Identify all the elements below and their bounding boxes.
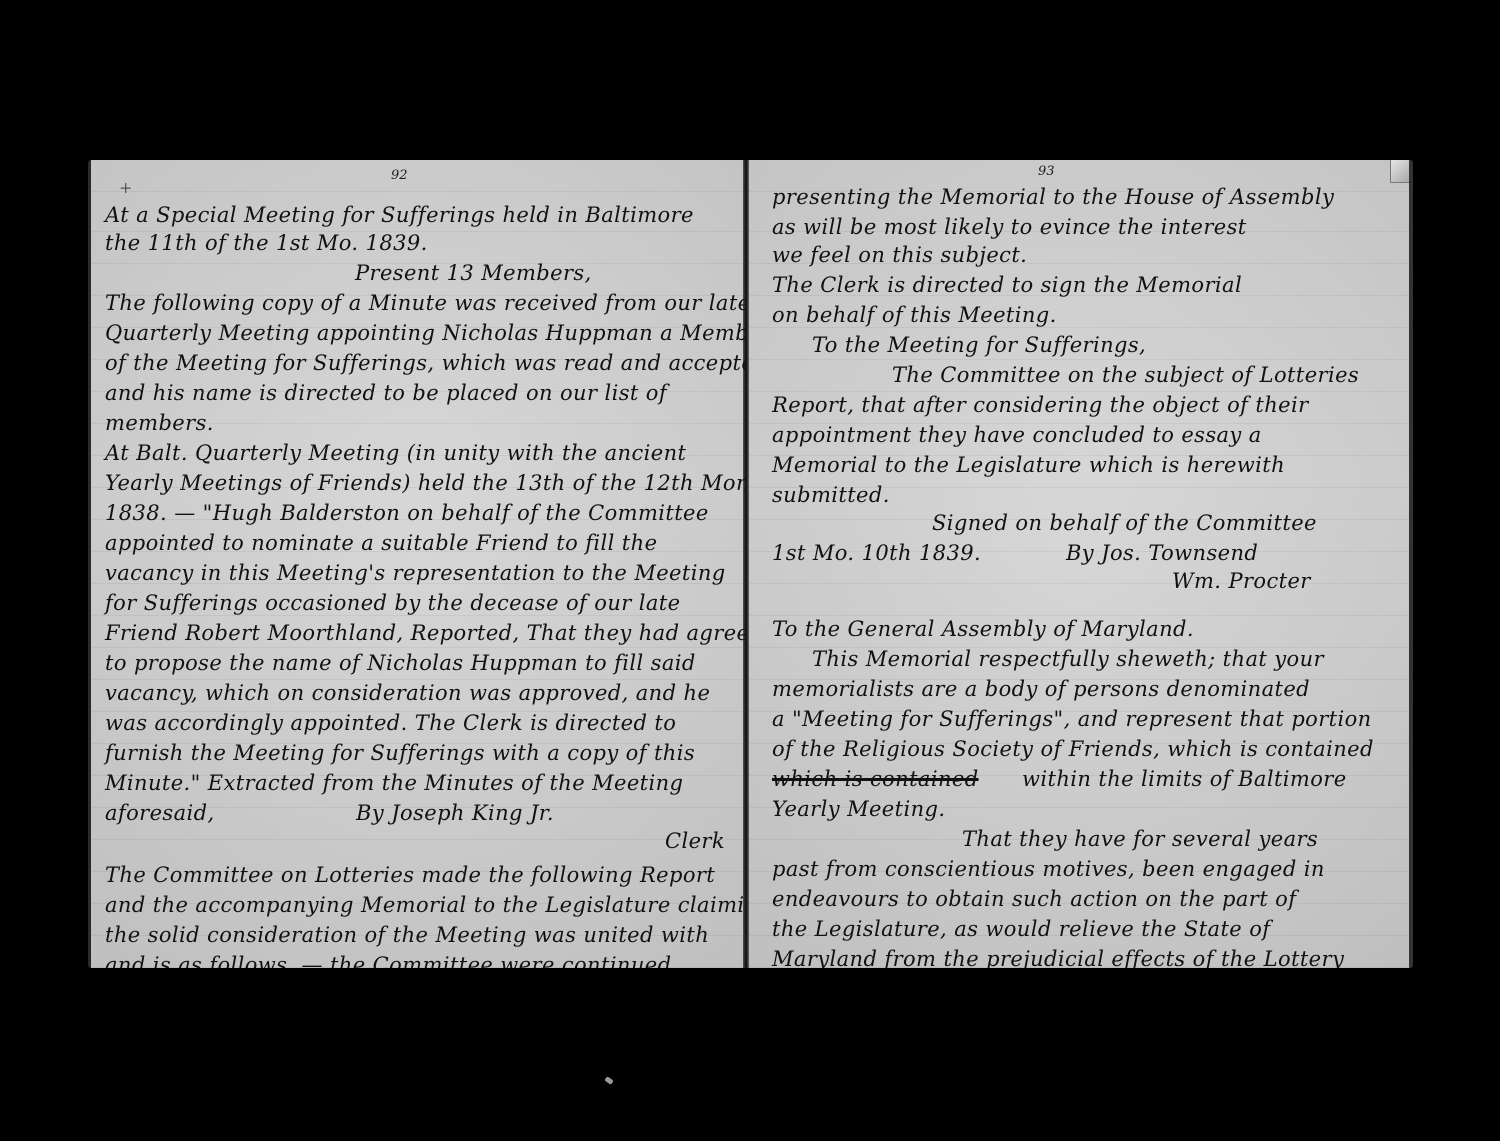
- page-corner-fold: [1390, 160, 1409, 183]
- text-line: for Sufferings occasioned by the decease…: [105, 588, 680, 618]
- right-page-number: 93: [1038, 164, 1055, 179]
- text-line: Quarterly Meeting appointing Nicholas Hu…: [105, 318, 745, 348]
- clerk-signature-line: aforesaid, By Joseph King Jr.: [105, 798, 554, 828]
- text-line: Yearly Meetings of Friends) held the 13t…: [105, 468, 745, 498]
- text-line: vacancy in this Meeting's representation…: [105, 558, 726, 588]
- clerk-title: Clerk: [665, 826, 725, 856]
- text-line: the solid consideration of the Meeting w…: [105, 920, 709, 950]
- second-signatory: Wm. Procter: [1172, 566, 1311, 596]
- text-line: submitted.: [772, 480, 890, 510]
- text-line: memorialists are a body of persons denom…: [772, 674, 1310, 704]
- text-line: past from conscientious motives, been en…: [772, 854, 1325, 884]
- scan-dust-speck: [604, 1076, 613, 1085]
- margin-cross-mark: +: [119, 178, 132, 197]
- text-line: furnish the Meeting for Sufferings with …: [105, 738, 695, 768]
- text-line: The following copy of a Minute was recei…: [105, 288, 745, 318]
- text-line: At Balt. Quarterly Meeting (in unity wit…: [105, 438, 686, 468]
- signed-line: Signed on behalf of the Committee: [932, 508, 1317, 538]
- text-line: The Committee on the subject of Lotterie…: [892, 360, 1359, 390]
- text-line: At a Special Meeting for Sufferings held…: [105, 200, 694, 230]
- committee-signature-line: 1st Mo. 10th 1839. By Jos. Townsend: [772, 538, 1258, 568]
- text-line: vacancy, which on consideration was appr…: [105, 678, 710, 708]
- text-line: Maryland from the prejudicial effects of…: [772, 944, 1344, 968]
- text-line: endeavours to obtain such action on the …: [772, 884, 1296, 914]
- text-line: That they have for several years: [962, 824, 1318, 854]
- text-line: and is as follows, — the Committee were …: [105, 950, 671, 968]
- text-line: The Committee on Lotteries made the foll…: [105, 860, 715, 890]
- right-page: 93 presenting the Memorial to the House …: [748, 160, 1413, 968]
- text-line: The Clerk is directed to sign the Memori…: [772, 270, 1242, 300]
- book-binding-gutter: [743, 160, 749, 968]
- text-line: Report, that after considering the objec…: [772, 390, 1309, 420]
- text-line: the Legislature, as would relieve the St…: [772, 914, 1270, 944]
- text-line: 1838. — "Hugh Balderston on behalf of th…: [105, 498, 709, 528]
- text-line: on behalf of this Meeting.: [772, 300, 1057, 330]
- open-book-spread: + 92 At a Special Meeting for Sufferings…: [86, 160, 1416, 970]
- text-line: as will be most likely to evince the int…: [772, 212, 1247, 242]
- attendance-heading: Present 13 Members,: [355, 258, 592, 288]
- text-line: within the limits of Baltimore: [1022, 764, 1347, 794]
- text-line: was accordingly appointed. The Clerk is …: [105, 708, 676, 738]
- text-line: Memorial to the Legislature which is her…: [772, 450, 1285, 480]
- left-page: + 92 At a Special Meeting for Sufferings…: [88, 160, 745, 968]
- text-line: of the Religious Society of Friends, whi…: [772, 734, 1374, 764]
- text-line: appointed to nominate a suitable Friend …: [105, 528, 657, 558]
- text-line: and the accompanying Memorial to the Leg…: [105, 890, 745, 920]
- memorial-heading: To the General Assembly of Maryland.: [772, 614, 1194, 644]
- text-line: and his name is directed to be placed on…: [105, 378, 667, 408]
- left-page-number: 92: [391, 168, 408, 183]
- text-line: Friend Robert Moorthland, Reported, That…: [105, 618, 745, 648]
- text-line: the 11th of the 1st Mo. 1839.: [105, 228, 428, 258]
- text-line: Yearly Meeting.: [772, 794, 945, 824]
- text-line: a "Meeting for Sufferings", and represen…: [772, 704, 1372, 734]
- text-line: appointment they have concluded to essay…: [772, 420, 1262, 450]
- text-line: presenting the Memorial to the House of …: [772, 182, 1334, 212]
- text-line: Minute." Extracted from the Minutes of t…: [105, 768, 683, 798]
- struck-through-text: which is contained: [772, 764, 979, 794]
- text-line: This Memorial respectfully sheweth; that…: [812, 644, 1324, 674]
- text-line: members.: [105, 408, 214, 438]
- text-line: of the Meeting for Sufferings, which was…: [105, 348, 745, 378]
- text-line: to propose the name of Nicholas Huppman …: [105, 648, 696, 678]
- text-line: we feel on this subject.: [772, 240, 1027, 270]
- report-salutation: To the Meeting for Sufferings,: [812, 330, 1146, 360]
